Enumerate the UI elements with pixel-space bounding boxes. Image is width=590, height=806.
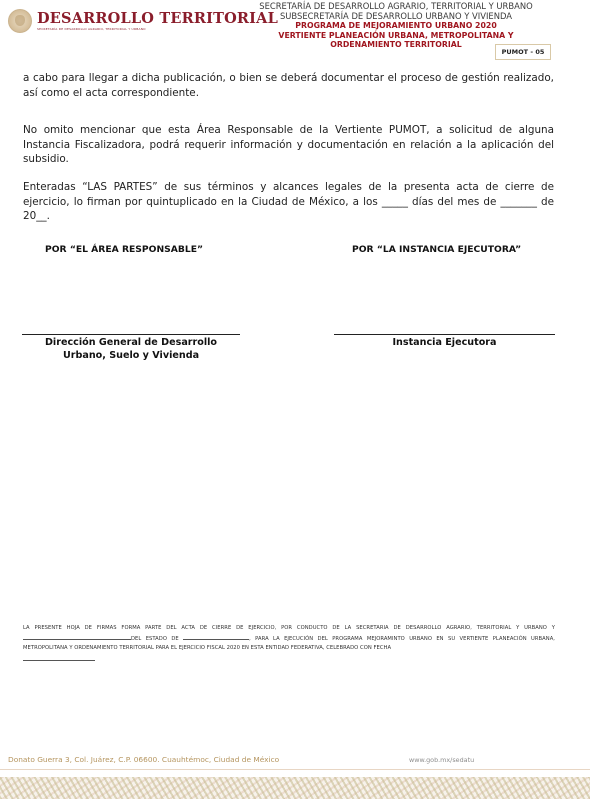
sedatu-logo: DESARROLLO TERRITORIAL SECRETARÍA DE DES… [8, 8, 278, 34]
blank-executor-field [23, 633, 131, 640]
paragraph-signing: Enteradas “LAS PARTES” de sus términos y… [23, 180, 554, 224]
decorative-pattern-band [0, 777, 590, 799]
footer-divider [0, 769, 590, 770]
logo-title: DESARROLLO TERRITORIAL [37, 11, 278, 27]
signature-heading-responsible: POR “EL ÁREA RESPONSABLE” [45, 244, 203, 255]
header-vertiente: VERTIENTE PLANEACIÓN URBANA, METROPOLITA… [246, 31, 546, 41]
national-seal-icon [8, 9, 32, 33]
form-code-badge: PUMOT - 05 [495, 44, 551, 60]
logo-text: DESARROLLO TERRITORIAL SECRETARÍA DE DES… [37, 11, 278, 31]
blank-date-field [23, 654, 95, 661]
signature-sheet-note: LA PRESENTE HOJA DE FIRMAS FORMA PARTE D… [23, 624, 555, 665]
header-secretariat: SECRETARÍA DE DESARROLLO AGRARIO, TERRIT… [246, 1, 546, 11]
footer-website: www.gob.mx/sedatu [409, 756, 474, 764]
document-header: SECRETARÍA DE DESARROLLO AGRARIO, TERRIT… [246, 1, 546, 50]
paragraph-publication: a cabo para llegar a dicha publicación, … [23, 71, 554, 100]
paragraph-fiscalization: No omito mencionar que esta Área Respons… [23, 123, 554, 167]
signatory-responsible: Dirección General de Desarrollo Urbano, … [22, 336, 240, 362]
header-program: PROGRAMA DE MEJORAMIENTO URBANO 2020 [246, 21, 546, 31]
header-subsecretariat: SUBSECRETARÍA DE DESARROLLO URBANO Y VIV… [246, 11, 546, 21]
signature-line-responsible [22, 334, 240, 335]
note-part1: LA PRESENTE HOJA DE FIRMAS FORMA PARTE D… [23, 625, 555, 631]
logo-subtitle: SECRETARÍA DE DESARROLLO AGRARIO, TERRIT… [37, 27, 278, 31]
signatory-executor: Instancia Ejecutora [334, 336, 555, 349]
note-part2: DEL ESTADO DE [131, 636, 183, 642]
signatory-responsible-line1: Dirección General de Desarrollo [22, 336, 240, 349]
blank-state-field [183, 633, 249, 640]
signature-heading-executor: POR “LA INSTANCIA EJECUTORA” [352, 244, 521, 255]
signature-line-executor [334, 334, 555, 335]
footer-address: Donato Guerra 3, Col. Juárez, C.P. 06600… [8, 755, 279, 764]
signatory-responsible-line2: Urbano, Suelo y Vivienda [22, 349, 240, 362]
